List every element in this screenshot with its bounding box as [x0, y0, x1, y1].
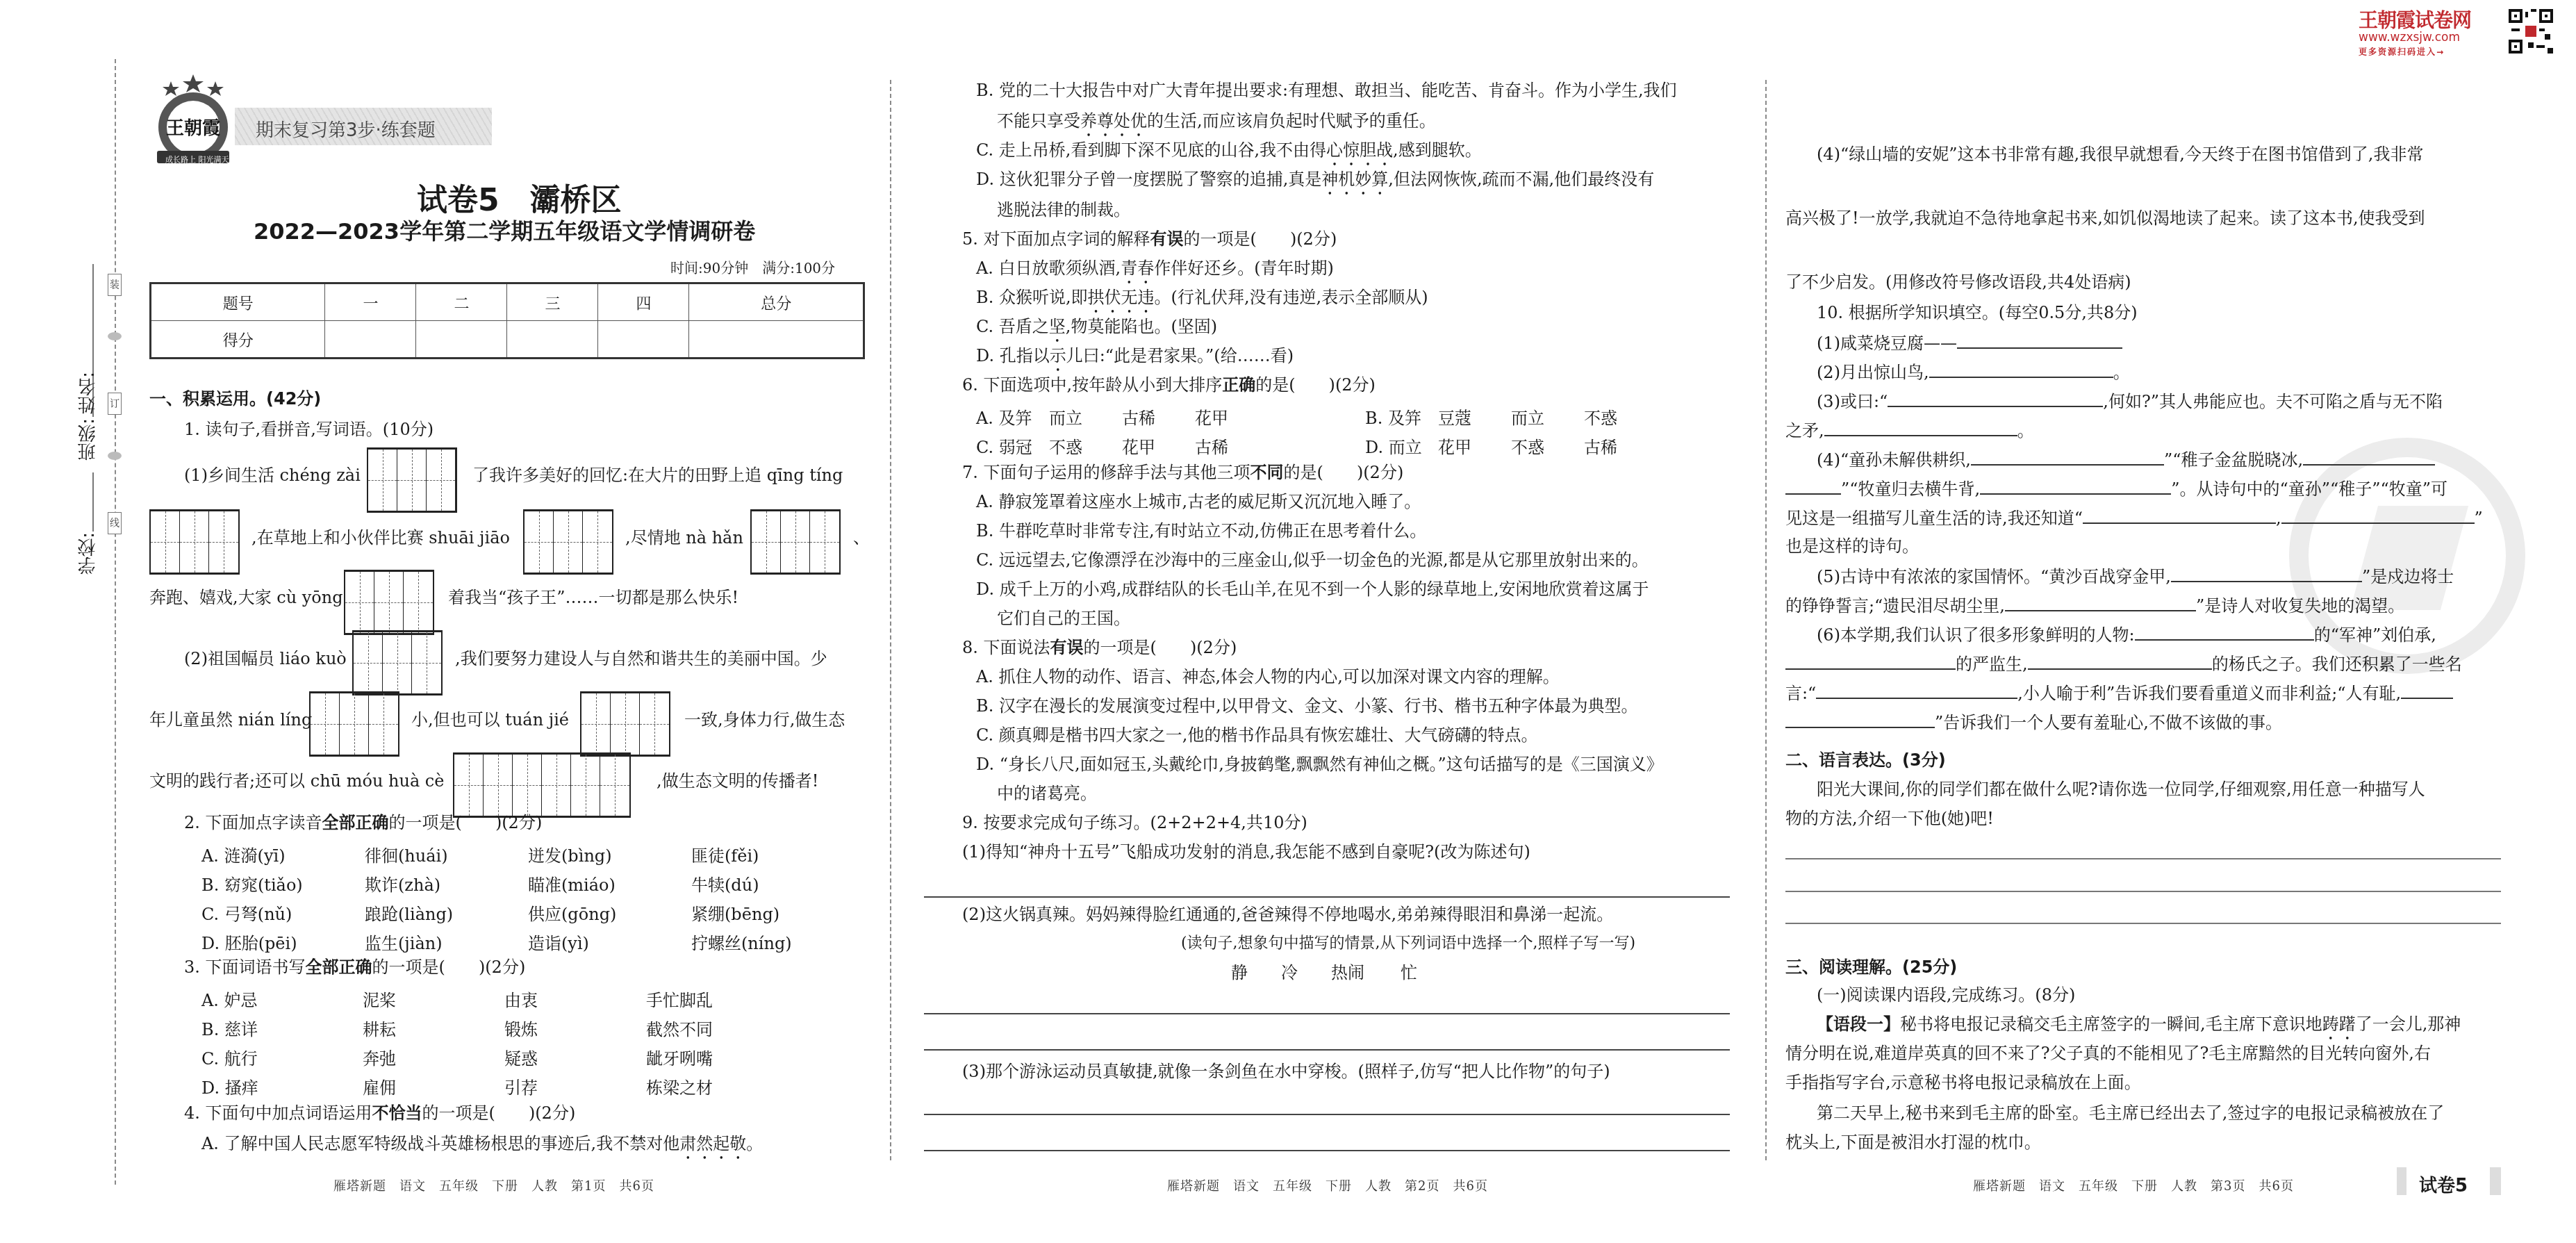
- q10-4-comma: ,: [2276, 509, 2281, 528]
- fill-blank[interactable]: [2281, 507, 2475, 524]
- option-item: C. 弓弩(nǔ): [201, 900, 365, 925]
- option-item: 徘徊(huái): [365, 842, 528, 866]
- q7-option-c[interactable]: C. 远远望去,它像漂浮在沙海中的三座金山,似乎一切金色的光源,都是从它那里放射…: [976, 550, 1649, 570]
- section3-heading: 三、阅读理解。(25分): [1785, 957, 1957, 977]
- q5-stem-bold: 有误: [1150, 229, 1184, 249]
- q2-stem-bold: 全部正确: [322, 813, 389, 832]
- q1-line6a: 文明的践行者;还可以 chū móu huà cè: [149, 771, 445, 791]
- q9-sub2-hint: (读句子,想象句中描写的情景,从下列词语中选择一个,照样子写一写): [1181, 934, 1635, 953]
- answer-line[interactable]: [924, 1013, 1730, 1014]
- q5-c-text: C. 吾盾之: [976, 317, 1049, 336]
- option-item: 手忙脚乱: [646, 987, 713, 1011]
- q5-stem-pre: 5. 对下面加点字词的解释: [962, 229, 1150, 249]
- passage1-line2: 情分明在说,难道岸英真的回不来了?父子真的不能相见了?毛主席黯然的目光转向窗外,…: [1785, 1044, 2431, 1063]
- option-item: 牛犊(dú): [691, 871, 759, 896]
- site-watermark[interactable]: 王朝霞试卷网 www.wzxsjw.com 更多资源扫码进入→: [2359, 6, 2560, 58]
- q10-item4: (4)“童孙未解供耕织,”“稚子金盆脱晓冰,: [1817, 449, 2435, 470]
- fill-blank[interactable]: [1957, 332, 2122, 349]
- q5-option-c[interactable]: C. 吾盾之坚,物莫能陷也。(坚固): [976, 317, 1217, 346]
- section2-prompt-line2: 物的方法,介绍一下他(她)吧!: [1785, 809, 1994, 828]
- passage1-line3: 手指指写字台,示意秘书将电报记录稿放在上面。: [1785, 1073, 2141, 1092]
- margin-logo-icon: [108, 452, 122, 460]
- q7-stem-post: 的是( )(2分): [1284, 463, 1404, 482]
- q4-stem-post: 的一项是( )(2分): [422, 1103, 576, 1123]
- q5-b-dotted: 拱伏无违: [1088, 288, 1155, 307]
- option-item: 花甲: [1195, 404, 1228, 429]
- q10-5-mid: ”是戍边将士: [2362, 567, 2454, 586]
- q7-stem: 7. 下面句子运用的修辞手法与其他三项不同的是( )(2分): [962, 463, 1403, 482]
- option-item: 引荐: [504, 1074, 646, 1098]
- fill-blank[interactable]: [2083, 507, 2276, 524]
- q5-a-end: 作伴好还乡。(青年时期): [1154, 258, 1334, 278]
- option-item: 古稀: [1584, 434, 1617, 458]
- passage-text-end: 了一会儿,那神: [2356, 1014, 2461, 1034]
- answer-line[interactable]: [924, 896, 1730, 898]
- fill-blank[interactable]: [2028, 653, 2212, 670]
- option-item: 造诣(yì): [528, 930, 691, 954]
- site-cta: 更多资源扫码进入→: [2359, 46, 2445, 58]
- fill-blank[interactable]: [2135, 624, 2314, 641]
- q4-d-dotted-word: 神机妙算: [1321, 170, 1388, 189]
- q10-4-mid: ”“稚子金盆脱晓冰,: [2164, 450, 2303, 470]
- name-underline: [92, 264, 94, 372]
- q10-2-end: 。: [2113, 363, 2130, 382]
- q2-option-a[interactable]: A. 涟漪(yī)徘徊(huái)迸发(bìng)匪徒(fěi): [201, 842, 759, 866]
- option-item: B. 窈窕(tiǎo): [201, 871, 365, 896]
- option-item: D. 而立: [1365, 434, 1438, 458]
- section2-heading: 二、语言表达。(3分): [1785, 750, 1946, 770]
- score-table: 题号 一 二 三 四 总分 得分: [149, 282, 865, 359]
- fill-blank[interactable]: [1816, 682, 2017, 699]
- q9-sub4-line1: (4)“绿山墙的安妮”这本书非常有趣,我很早就想看,今天终于在图书馆借到了,我非…: [1817, 145, 2423, 164]
- tianzige-answer-box[interactable]: [309, 691, 399, 757]
- fill-blank[interactable]: [1785, 478, 1841, 495]
- q10-6-mid: 的“军神”刘伯承,: [2314, 625, 2436, 645]
- q3-option-b[interactable]: B. 慈详耕耘锻炼截然不同: [201, 1016, 713, 1040]
- school-underline: [92, 472, 94, 532]
- answer-line[interactable]: [1785, 891, 2501, 892]
- q1-line4b: ,我们要努力建设人与自然和谐共生的美丽中国。少: [455, 649, 827, 668]
- q6-stem: 6. 下面选项中,按年龄从小到大排序正确的是( )(2分): [962, 375, 1376, 395]
- q10-4-text3: 见这是一组描写儿童生活的诗,我还知道“: [1785, 509, 2083, 528]
- passage-dotted-word: 踌躇: [2322, 1014, 2356, 1034]
- fill-blank[interactable]: [1888, 390, 2103, 407]
- q5-option-d[interactable]: D. 孔指以示儿曰:“此是君家果。”(给……看): [976, 346, 1294, 375]
- q10-6-mid3: 的杨氏之子。我们还积累了一些名: [2212, 655, 2462, 674]
- q3-stem-pre: 3. 下面词语书写: [184, 957, 306, 977]
- q10-item4-line4: 也是这样的诗句。: [1785, 536, 1919, 556]
- option-item: 匪徒(fěi): [691, 842, 759, 866]
- fill-blank[interactable]: [1785, 711, 1935, 728]
- score-row-label: 得分: [151, 321, 325, 359]
- q4-stem-bold: 不恰当: [372, 1103, 422, 1123]
- tianzige-answer-box[interactable]: [453, 752, 631, 818]
- q4-a-dotted-word: 肃然起敬: [679, 1134, 746, 1153]
- option-item: 瞄准(miáo): [528, 871, 691, 896]
- tianzige-answer-box[interactable]: [344, 570, 434, 635]
- q4-option-c[interactable]: C. 走上吊桥,看到脚下深不见底的山谷,我不由得心惊胆战,感到腿软。: [976, 140, 1482, 170]
- option-item: 不惑: [1049, 434, 1122, 458]
- score-cell[interactable]: [598, 321, 689, 359]
- q10-3-text: (3)或曰:“: [1817, 392, 1888, 411]
- answer-line[interactable]: [924, 1049, 1730, 1051]
- paper-badge-text: 试卷5: [2419, 1171, 2468, 1197]
- q4-option-a[interactable]: A. 了解中国人民志愿军特级战斗英雄杨根思的事迹后,我不禁对他肃然起敬。: [201, 1134, 763, 1163]
- option-item: 供应(gōng): [528, 900, 691, 925]
- score-table-header-row: 题号 一 二 三 四 总分: [151, 283, 864, 321]
- page-divider: [890, 80, 891, 1160]
- q5-d-end: 儿曰:“此是君家果。”(给……看): [1066, 346, 1294, 365]
- q2-option-c[interactable]: C. 弓弩(nǔ)踉跄(liàng)供应(gōng)紧绷(bēng): [201, 900, 779, 925]
- option-item: C. 弱冠: [976, 434, 1049, 458]
- q4-d-end: ,但法网恢恢,疏而不漏,他们最终没有: [1388, 170, 1654, 189]
- word-choice: 热闹: [1331, 959, 1401, 983]
- q1-line4a: (2)祖国幅员 liáo kuò: [184, 649, 347, 668]
- brand-slogan: 成长路上 阳光满天: [165, 154, 229, 165]
- passage1-line5: 枕头上,下面是被泪水打湿的枕巾。: [1785, 1133, 2041, 1152]
- fill-blank[interactable]: [1971, 449, 2164, 466]
- option-item: 由衷: [504, 987, 646, 1011]
- word-choice: 忙: [1401, 959, 1417, 983]
- option-item: 耕耘: [363, 1016, 504, 1040]
- q5-stem-post: 的一项是( )(2分): [1184, 229, 1337, 249]
- fill-blank[interactable]: [2171, 566, 2362, 582]
- answer-line[interactable]: [1785, 923, 2501, 924]
- tianzige-answer-box[interactable]: [580, 691, 670, 757]
- option-item: 不惑: [1584, 404, 1617, 429]
- seal-char-xian: 线: [108, 512, 122, 534]
- q9-sub3: (3)那个游泳运动员真敏捷,就像一条剑鱼在水中穿梭。(照样子,仿写“把人比作物”…: [962, 1062, 1610, 1081]
- option-item: 疑惑: [504, 1045, 646, 1069]
- site-url: www.wzxsjw.com: [2359, 31, 2460, 44]
- q8-stem-bold: 有误: [1050, 638, 1084, 657]
- q10-6-text: (6)本学期,我们认识了很多形象鲜明的人物:: [1817, 625, 2135, 645]
- option-item: 锻炼: [504, 1016, 646, 1040]
- q3-stem-bold: 全部正确: [306, 957, 372, 977]
- q6-option-b[interactable]: B. 及笄豆蔻而立不惑: [1365, 404, 1617, 429]
- q5-stem: 5. 对下面加点字词的解释有误的一项是( )(2分): [962, 229, 1337, 249]
- binding-dotted-line: [115, 59, 116, 1185]
- q10-item4-line3: 见这是一组描写儿童生活的诗,我还知道“,”: [1785, 507, 2483, 528]
- q1-line3b: 着我当“孩子王”……一切都是那么快乐!: [448, 588, 738, 607]
- q10-2-text: (2)月出惊山鸟,: [1817, 363, 1929, 382]
- q6-option-a[interactable]: A. 及笄而立古稀花甲: [976, 404, 1228, 429]
- section1-heading: 一、积累运用。(42分): [149, 389, 321, 409]
- q1-stem: 1. 读句子,看拼音,写词语。(10分): [184, 420, 434, 439]
- q4-b-dotted-word: 养尊处优: [1080, 111, 1147, 131]
- banner-text: 期末复习第3步·练套题: [256, 116, 436, 142]
- q7-stem-bold: 不同: [1250, 463, 1284, 482]
- score-header-cell: 总分: [689, 283, 864, 321]
- q5-c-end: ,物莫能陷也。(坚固): [1066, 317, 1217, 336]
- option-item: 花甲: [1122, 434, 1195, 458]
- q10-item2: (2)月出惊山鸟,。: [1817, 361, 2130, 382]
- option-item: B. 及笄: [1365, 404, 1438, 429]
- fill-blank[interactable]: [2005, 595, 2196, 611]
- q4-stem: 4. 下面句中加点词语运用不恰当的一项是( )(2分): [184, 1103, 575, 1123]
- option-item: A. 妒忌: [201, 987, 363, 1011]
- svg-text:王朝霞: 王朝霞: [166, 118, 220, 139]
- option-item: A. 涟漪(yī): [201, 842, 365, 866]
- q8-stem-post: 的一项是( )(2分): [1084, 638, 1237, 657]
- q9-sub1: (1)得知“神舟十五号”飞船成功发射的消息,我怎能不感到自豪呢?(改为陈述句): [962, 842, 1530, 862]
- q8-option-d-line2: 中的诸葛亮。: [997, 784, 1097, 803]
- q5-a-text: A. 白日放歌须纵酒,: [976, 258, 1121, 278]
- fill-blank[interactable]: [1785, 653, 1956, 670]
- tianzige-answer-box[interactable]: [750, 509, 841, 575]
- tianzige-answer-box[interactable]: [523, 509, 613, 575]
- q3-stem: 3. 下面词语书写全部正确的一项是( )(2分): [184, 957, 525, 977]
- q4-c-text: C. 走上吊桥,看到脚下深不见底的山谷,我不由得: [976, 140, 1326, 160]
- q4-option-b-line2: 不能只享受养尊处优的生活,而应该肩负起时代赋予的重任。: [997, 111, 1436, 140]
- page2-footer: 雁塔新题 语文 五年级 下册 人教 第2页 共6页: [1167, 1176, 1488, 1194]
- score-cell[interactable]: [689, 321, 864, 359]
- qr-code-icon: [2509, 8, 2553, 54]
- tianzige-answer-box[interactable]: [149, 509, 240, 575]
- option-item: 踉跄(liàng): [365, 900, 528, 925]
- word-choice: 冷: [1281, 959, 1331, 983]
- q10-item4-line2: ”“牧童归去横牛背,”。从诗句中的“童孙”“稚子”“牧童”可: [1785, 478, 2447, 499]
- q2-stem: 2. 下面加点字读音全部正确的一项是( )(2分): [184, 813, 542, 832]
- q4-c-dotted-word: 心惊胆战: [1326, 140, 1393, 160]
- q7-stem-pre: 7. 下面句子运用的修辞手法与其他三项: [962, 463, 1250, 482]
- fill-blank[interactable]: [2303, 449, 2435, 466]
- option-item: C. 航行: [201, 1045, 363, 1069]
- option-item: D. 搔痒: [201, 1074, 363, 1098]
- q7-option-a[interactable]: A. 静寂笼罩着这座水上城市,古老的威尼斯又沉沉地入睡了。: [976, 492, 1421, 511]
- q10-6-text3: 言:“: [1785, 684, 1816, 703]
- q4-a-text: A. 了解中国人民志愿军特级战斗英雄杨根思的事迹后,我不禁对他: [201, 1134, 679, 1153]
- q10-item6: (6)本学期,我们认识了很多形象鲜明的人物:的“军神”刘伯承,: [1817, 624, 2436, 645]
- q4-option-d-line2: 逃脱法律的制裁。: [997, 200, 1130, 220]
- school-label: 学校:: [75, 532, 101, 575]
- passage-text: 秘书将电报记录稿交毛主席签字的一瞬间,毛主席下意识地: [1900, 1014, 2322, 1034]
- q6-stem-pre: 6. 下面选项中,按年龄从小到大排序: [962, 375, 1222, 395]
- q8-option-c[interactable]: C. 颜真卿是楷书四大家之一,他的楷书作品具有恢宏雄壮、大气磅礴的特点。: [976, 725, 1537, 745]
- option-item: 栋梁之材: [646, 1074, 713, 1098]
- q1-line1b: 了我许多美好的回忆:在大片的田野上追 qīng tíng: [472, 466, 843, 485]
- option-item: 奔弛: [363, 1045, 504, 1069]
- class-label: 班级:: [75, 418, 101, 461]
- margin-logo-icon: [108, 332, 122, 340]
- q7-option-b[interactable]: B. 牛群吃草时非常专注,有时站立不动,仿佛正在思考着什么。: [976, 521, 1426, 541]
- option-item: 而立: [1049, 404, 1122, 429]
- name-label: 姓名:: [75, 372, 101, 414]
- banner: 期末复习第3步·练套题: [235, 108, 492, 145]
- option-item: A. 及笄: [976, 404, 1049, 429]
- q5-a-dotted: 青春: [1121, 258, 1154, 278]
- score-header-cell: 一: [325, 283, 416, 321]
- option-item: 古稀: [1195, 434, 1228, 458]
- q5-b-text: B. 众猴听说,即: [976, 288, 1088, 307]
- q10-6-mid2: 的严监生,: [1956, 655, 2028, 674]
- score-cell[interactable]: [325, 321, 416, 359]
- q3-option-c[interactable]: C. 航行奔弛疑惑龇牙咧嘴: [201, 1045, 713, 1069]
- q10-4-mid2: ”“牧童归去横牛背,: [1841, 479, 1980, 499]
- score-header-cell: 题号: [151, 283, 325, 321]
- passage-label: 【语段一】: [1817, 1014, 1900, 1034]
- q10-item1: (1)咸菜烧豆腐——: [1817, 332, 2122, 353]
- q10-5-text: (5)古诗中有浓浓的家国情怀。“黄沙百战穿金甲,: [1817, 567, 2171, 586]
- q10-6-end: ”告诉我们一个人要有羞耻心,不做不该做的事。: [1935, 713, 2282, 732]
- q10-3-end: 。: [2017, 421, 2034, 441]
- exam-subtitle: 2022—2023学年第二学期五年级语文学情调研卷: [254, 214, 755, 246]
- option-item: D. 胚胎(pēi): [201, 930, 365, 954]
- fill-blank[interactable]: [2401, 682, 2453, 699]
- q9-sub2: (2)这火锅真辣。妈妈辣得脸红通通的,爸爸辣得不停地喝水,弟弟辣得眼泪和鼻涕一起…: [962, 905, 1613, 924]
- word-choice: 静: [1231, 959, 1281, 983]
- tianzige-answer-box[interactable]: [367, 447, 457, 513]
- q1-line2c: 、: [853, 528, 870, 548]
- option-item: 花甲: [1438, 434, 1511, 458]
- fill-blank[interactable]: [1929, 361, 2113, 378]
- q10-3-mid: ,何如?”其人弗能应也。夫不可陷之盾与无不陷: [2103, 392, 2443, 411]
- q10-item3: (3)或曰:“,何如?”其人弗能应也。夫不可陷之盾与无不陷: [1817, 390, 2443, 411]
- option-item: 紧绷(bēng): [691, 900, 779, 925]
- q4-c-end: ,感到腿软。: [1393, 140, 1482, 160]
- q10-item6-line4: ”告诉我们一个人要有羞耻心,不做不该做的事。: [1785, 711, 2282, 732]
- option-item: 雇佣: [363, 1074, 504, 1098]
- q1-line5b: 小,但也可以 tuán jié: [411, 710, 569, 730]
- seal-char-ding: 订: [108, 393, 122, 415]
- q4-option-d[interactable]: D. 这伙犯罪分子曾一度摆脱了警察的追捕,真是神机妙算,但法网恢恢,疏而不漏,他…: [976, 170, 1654, 199]
- q4-d-text: D. 这伙犯罪分子曾一度摆脱了警察的追捕,真是: [976, 170, 1321, 189]
- q2-stem-pre: 2. 下面加点字读音: [184, 813, 322, 832]
- option-item: 而立: [1511, 404, 1584, 429]
- page1-footer: 雁塔新题 语文 五年级 下册 人教 第1页 共6页: [333, 1176, 654, 1194]
- q10-3-text2: 之矛,: [1785, 421, 1824, 441]
- page-divider: [1765, 80, 1767, 1160]
- q5-option-b[interactable]: B. 众猴听说,即拱伏无违。(行礼伏拜,没有违逆,表示全部顺从): [976, 288, 1428, 317]
- q1-line2b: ,尽情地 nà hǎn: [625, 528, 743, 548]
- seal-char-zhuang: 装: [108, 274, 122, 296]
- q8-option-a[interactable]: A. 抓住人物的动作、语言、神态,体会人物的内心,可以加深对课文内容的理解。: [976, 667, 1560, 686]
- tianzige-answer-box[interactable]: [352, 630, 443, 695]
- score-cell[interactable]: [507, 321, 598, 359]
- q6-stem-post: 的是( )(2分): [1255, 375, 1376, 395]
- option-item: 豆蔻: [1438, 404, 1511, 429]
- q5-d-text: D. 孔指以: [976, 346, 1050, 365]
- q5-d-dotted: 示: [1050, 346, 1066, 365]
- q10-5-text2: 的铮铮誓言;“遗民泪尽胡尘里,: [1785, 596, 2005, 616]
- q2-stem-post: 的一项是( )(2分): [389, 813, 543, 832]
- fill-blank[interactable]: [1980, 478, 2171, 495]
- q9-word-choices: 静 冷 热闹 忙: [1231, 959, 1417, 983]
- option-item: 截然不同: [646, 1016, 713, 1040]
- option-item: 监生(jiàn): [365, 930, 528, 954]
- option-item: 古稀: [1122, 404, 1195, 429]
- q8-stem-pre: 8. 下面说法: [962, 638, 1050, 657]
- q1-line1a: (1)乡间生活 chéng zài: [184, 466, 361, 485]
- q8-stem: 8. 下面说法有误的一项是( )(2分): [962, 638, 1237, 657]
- score-cell[interactable]: [416, 321, 507, 359]
- option-item: 拧螺丝(níng): [691, 930, 792, 954]
- q10-6-mid4: ,小人喻于利”告诉我们要看重道义而非利益;“人有耻,: [2017, 684, 2401, 703]
- q3-option-d[interactable]: D. 搔痒雇佣引荐栋梁之材: [201, 1074, 713, 1098]
- answer-line[interactable]: [1785, 858, 2501, 859]
- q10-item5: (5)古诗中有浓浓的家国情怀。“黄沙百战穿金甲,”是戍边将士: [1817, 566, 2454, 586]
- q5-c-dotted: 坚: [1049, 317, 1066, 336]
- q10-item5-line2: 的铮铮誓言;“遗民泪尽胡尘里,”是诗人对收复失地的渴望。: [1785, 595, 2404, 616]
- reading1-stem: (一)阅读课内语段,完成练习。(8分): [1817, 985, 2075, 1005]
- q7-option-d[interactable]: D. 成千上万的小鸡,成群结队的长毛山羊,在见不到一个人影的绿草地上,安闲地欣赏…: [976, 579, 1649, 599]
- option-item: B. 慈详: [201, 1016, 363, 1040]
- q8-option-d[interactable]: D. “身长八尺,面如冠玉,头戴纶巾,身披鹤氅,飘飘然有神仙之概。”这句话描写的…: [976, 755, 1663, 774]
- exam-meta: 时间:90分钟 满分:100分: [670, 258, 835, 278]
- q9-sub4-line2: 高兴极了!一放学,我就迫不急待地拿起书来,如饥似渴地读了起来。读了这本书,使我受…: [1785, 208, 2425, 228]
- section2-prompt-line1: 阳光大课间,你的同学们都在做什么呢?请你选一位同学,仔细观察,用任意一种描写人: [1817, 780, 2425, 799]
- q3-stem-post: 的一项是( )(2分): [372, 957, 526, 977]
- option-item: 迸发(bìng): [528, 842, 691, 866]
- q10-4-mid3: ”。从诗句中的“童孙”“稚子”“牧童”可: [2171, 479, 2447, 499]
- exam-title: 试卷5 灞桥区: [417, 175, 622, 220]
- q2-option-d[interactable]: D. 胚胎(pēi)监生(jiàn)造诣(yì)拧螺丝(níng): [201, 930, 792, 954]
- answer-line[interactable]: [924, 1150, 1730, 1151]
- q10-stem: 10. 根据所学知识填空。(每空0.5分,共8分): [1817, 303, 2138, 322]
- q2-option-b[interactable]: B. 窈窕(tiǎo)欺诈(zhà)瞄准(miáo)牛犊(dú): [201, 871, 759, 896]
- q10-5-end: ”是诗人对收复失地的渴望。: [2196, 596, 2404, 616]
- q10-item3-line2: 之矛,。: [1785, 420, 2034, 441]
- q10-4-text: (4)“童孙未解供耕织,: [1817, 450, 1971, 470]
- q6-stem-bold: 正确: [1222, 375, 1255, 395]
- option-item: 龇牙咧嘴: [646, 1045, 713, 1069]
- option-item: 不惑: [1511, 434, 1584, 458]
- fill-blank[interactable]: [1824, 420, 2017, 436]
- page3-footer: 雁塔新题 语文 五年级 下册 人教 第3页 共6页: [1973, 1176, 2294, 1194]
- q9-stem: 9. 按要求完成句子练习。(2+2+2+4,共10分): [962, 813, 1307, 832]
- q4-b-end: 的生活,而应该肩负起时代赋予的重任。: [1147, 111, 1436, 131]
- q1-line2a: ,在草地上和小伙伴比赛 shuāi jiāo: [251, 528, 510, 548]
- q5-option-a[interactable]: A. 白日放歌须纵酒,青春作伴好还乡。(青年时期): [976, 258, 1334, 288]
- score-table-score-row: 得分: [151, 321, 864, 359]
- score-header-cell: 二: [416, 283, 507, 321]
- paper-badge: 试卷5: [2397, 1167, 2501, 1195]
- option-item: 泥桨: [363, 987, 504, 1011]
- q1-line5a: 年儿童虽然 nián líng: [149, 710, 312, 730]
- q10-4-quote: ”: [2475, 509, 2483, 528]
- answer-line[interactable]: [924, 1114, 1730, 1115]
- score-header-cell: 四: [598, 283, 689, 321]
- q4-a-end: 。: [746, 1134, 763, 1153]
- q1-line6b: ,做生态文明的传播者!: [657, 771, 818, 791]
- passage1-line4: 第二天早上,秘书来到毛主席的卧室。毛主席已经出去了,签过字的电报记录稿被放在了: [1817, 1103, 2444, 1123]
- q3-option-a[interactable]: A. 妒忌泥桨由衷手忙脚乱: [201, 987, 713, 1011]
- q10-1-text: (1)咸菜烧豆腐——: [1817, 334, 1957, 353]
- passage1-line1: 【语段一】秘书将电报记录稿交毛主席签字的一瞬间,毛主席下意识地踌躇了一会儿,那神: [1817, 1014, 2461, 1044]
- q4-option-b-line1[interactable]: B. 党的二十大报告中对广大青年提出要求:有理想、敢担当、能吃苦、肯奋斗。作为小…: [976, 81, 1677, 100]
- site-name: 王朝霞试卷网: [2359, 6, 2471, 33]
- q10-item6-line2: 的严监生,的杨氏之子。我们还积累了一些名: [1785, 653, 2462, 674]
- q1-line5c: 一致,身体力行,做生态: [684, 710, 845, 730]
- option-item: 欺诈(zhà): [365, 871, 528, 896]
- q1-line3a: 奔跑、嬉戏,大家 cù yōng: [149, 588, 343, 607]
- q10-item6-line3: 言:“,小人喻于利”告诉我们要看重道义而非利益;“人有耻,: [1785, 682, 2453, 703]
- q9-sub4-line3: 了不少启发。(用修改符号修改语段,共4处语病): [1785, 272, 2131, 292]
- q5-b-end: 。(行礼伏拜,没有违逆,表示全部顺从): [1155, 288, 1428, 307]
- q6-option-c[interactable]: C. 弱冠不惑花甲古稀: [976, 434, 1228, 458]
- q6-option-d[interactable]: D. 而立花甲不惑古稀: [1365, 434, 1617, 458]
- score-header-cell: 三: [507, 283, 598, 321]
- q4-stem-pre: 4. 下面句中加点词语运用: [184, 1103, 372, 1123]
- q8-option-b[interactable]: B. 汉字在漫长的发展演变过程中,以甲骨文、金文、小篆、行书、楷书五种字体最为典…: [976, 696, 1638, 716]
- q7-option-d-line2: 它们自己的王国。: [997, 609, 1130, 628]
- q4-b-text: 不能只享受: [997, 111, 1080, 131]
